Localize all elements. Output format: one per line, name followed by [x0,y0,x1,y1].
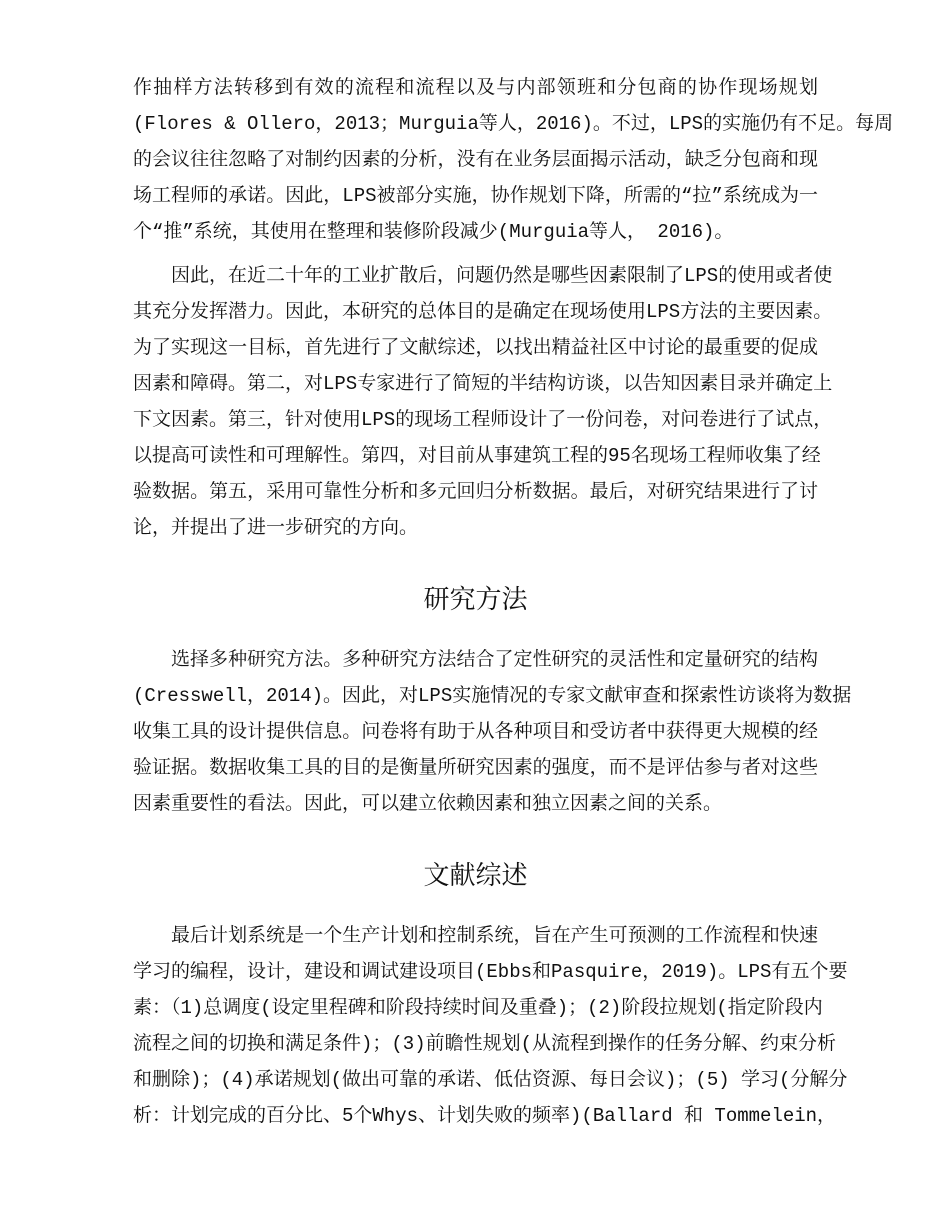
text-line: 收集工具的设计提供信息。问卷将有助于从各种项目和受访者中获得更大规模的经 [133,714,818,750]
text-line: 因此，在近二十年的工业扩散后，问题仍然是哪些因素限制了LPS的使用或者使 [133,258,818,294]
text-line: 下文因素。第三，针对使用LPS的现场工程师设计了一份问卷，对问卷进行了试点， [133,402,818,438]
text-line: (Flores & Ollero，2013；Murguia等人，2016)。不过… [133,106,818,142]
text-line: 因素和障碍。第二，对LPS专家进行了简短的半结构访谈，以告知因素目录并确定上 [133,366,818,402]
text-line: 学习的编程，设计，建设和调试建设项目(Ebbs和Pasquire，2019)。L… [133,954,818,990]
text-line: 场工程师的承诺。因此，LPS被部分实施，协作规划下降，所需的“拉”系统成为一 [133,178,818,214]
paragraph: 因此，在近二十年的工业扩散后，问题仍然是哪些因素限制了LPS的使用或者使其充分发… [133,258,818,546]
document-body: 作抽样方法转移到有效的流程和流程以及与内部领班和分包商的协作现场规划(Flore… [133,70,818,1134]
text-line: 验数据。第五，采用可靠性分析和多元回归分析数据。最后，对研究结果进行了讨 [133,474,818,510]
text-line: 素：（1)总调度(设定里程碑和阶段持续时间及重叠)；(2)阶段拉规划(指定阶段内 [133,990,818,1026]
text-line: 作抽样方法转移到有效的流程和流程以及与内部领班和分包商的协作现场规划 [133,70,818,106]
text-line: 论，并提出了进一步研究的方向。 [133,510,818,546]
text-line: 流程之间的切换和满足条件)；(3)前瞻性规划(从流程到操作的任务分解、约束分析 [133,1026,818,1062]
section-heading: 研究方法 [133,580,818,620]
text-line: 验证据。数据收集工具的目的是衡量所研究因素的强度，而不是评估参与者对这些 [133,750,818,786]
text-line: 为了实现这一目标，首先进行了文献综述，以找出精益社区中讨论的最重要的促成 [133,330,818,366]
paragraph: 最后计划系统是一个生产计划和控制系统，旨在产生可预测的工作流程和快速学习的编程，… [133,918,818,1134]
text-line: 个“推”系统，其使用在整理和装修阶段减少(Murguia等人， 2016)。 [133,214,818,250]
paragraph: 选择多种研究方法。多种研究方法结合了定性研究的灵活性和定量研究的结构(Cress… [133,642,818,822]
text-line: 析：计划完成的百分比、5个Whys、计划失败的频率)(Ballard 和 Tom… [133,1098,818,1134]
paragraph: 作抽样方法转移到有效的流程和流程以及与内部领班和分包商的协作现场规划(Flore… [133,70,818,250]
text-line: (Cresswell，2014)。因此，对LPS实施情况的专家文献审查和探索性访… [133,678,818,714]
text-line: 最后计划系统是一个生产计划和控制系统，旨在产生可预测的工作流程和快速 [133,918,818,954]
text-line: 以提高可读性和可理解性。第四，对目前从事建筑工程的95名现场工程师收集了经 [133,438,818,474]
text-line: 和删除)；(4)承诺规划(做出可靠的承诺、低估资源、每日会议)；(5) 学习(分… [133,1062,818,1098]
text-line: 其充分发挥潜力。因此，本研究的总体目的是确定在现场使用LPS方法的主要因素。 [133,294,818,330]
text-line: 的会议往往忽略了对制约因素的分析，没有在业务层面揭示活动，缺乏分包商和现 [133,142,818,178]
text-line: 因素重要性的看法。因此，可以建立依赖因素和独立因素之间的关系。 [133,786,818,822]
document-page: 作抽样方法转移到有效的流程和流程以及与内部领班和分包商的协作现场规划(Flore… [0,0,952,1232]
text-line: 选择多种研究方法。多种研究方法结合了定性研究的灵活性和定量研究的结构 [133,642,818,678]
section-heading: 文献综述 [133,856,818,896]
